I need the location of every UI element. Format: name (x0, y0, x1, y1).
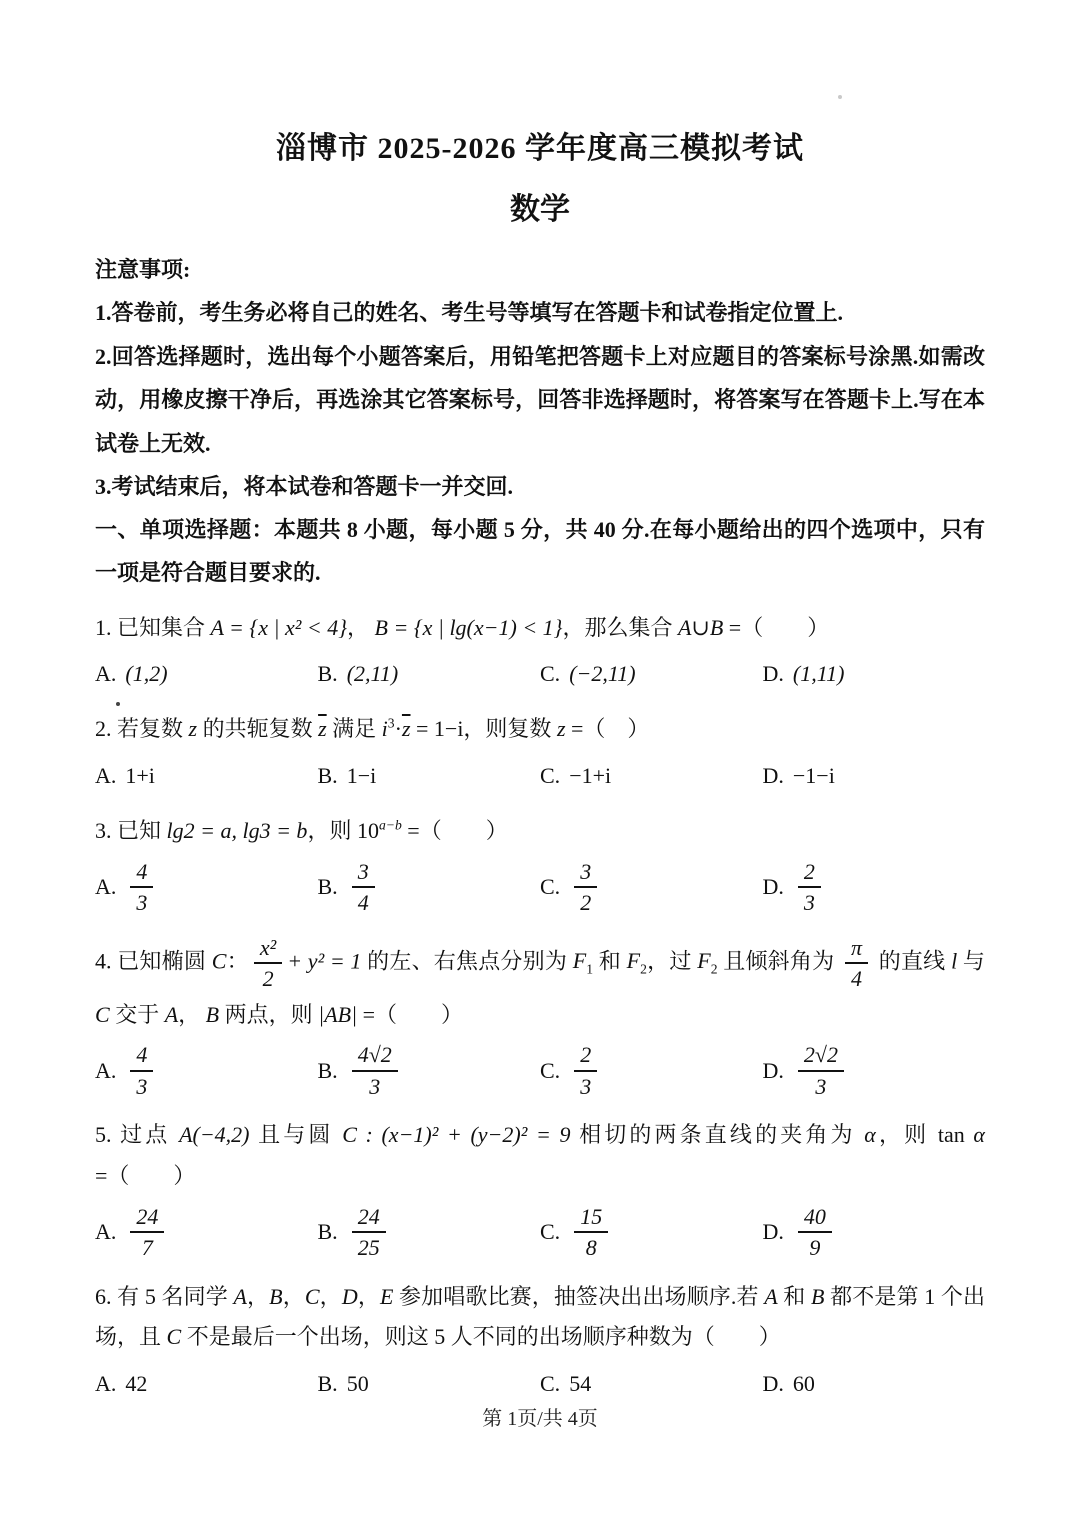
math-text: z (189, 716, 198, 741)
option-value: 247 (125, 1201, 169, 1264)
option-value: 32 (569, 856, 602, 919)
text-run: 不是最后一个出场，则这 5 人不同的出场顺序种数为（ ） (181, 1324, 781, 1349)
question-6: 6. 有 5 名同学 A，B，C，D，E 参加唱歌比赛，抽签决出出场顺序.若 A… (95, 1277, 985, 1406)
math-fraction: x²2 (254, 934, 282, 993)
math-sub: F1 (573, 948, 593, 973)
question-4: 4. 已知椭圆 C：x²2+ y² = 1 的左、右焦点分别为 F1 和 F2，… (95, 932, 985, 1103)
text-run: ， (178, 1002, 206, 1027)
option-value: −1−i (793, 763, 835, 789)
text-run: 和 (778, 1284, 811, 1309)
option-label: A. (95, 1371, 116, 1397)
option-label: B. (318, 874, 338, 900)
fraction-denominator: 3 (574, 1072, 597, 1101)
math-text: C (212, 948, 227, 973)
question-4-option-d: D. 2√23 (763, 1039, 986, 1102)
question-3-option-a: A. 43 (95, 856, 318, 919)
text-run: 50 (347, 1371, 369, 1396)
question-6-stem: 6. 有 5 名同学 A，B，C，D，E 参加唱歌比赛，抽签决出出场顺序.若 A… (95, 1277, 985, 1358)
math-fraction: 2√23 (798, 1041, 844, 1100)
text-run: 42 (125, 1371, 147, 1396)
math-text: C (305, 1284, 320, 1309)
text-run: =（ ） (95, 1163, 195, 1188)
question-5-stem: 5. 过点 A(−4,2) 且与圆 C : (x−1)² + (y−2)² = … (95, 1115, 985, 1196)
question-1-option-d: D. (1,11) (763, 661, 986, 687)
option-label: D. (763, 1219, 784, 1245)
option-label: A. (95, 1058, 116, 1084)
text-run: −1−i (793, 763, 835, 788)
question-1-options: A. (1,2) B. (2,11) C. (−2,11) D. (1,11) (95, 652, 985, 696)
text-run: ，那么集合 (562, 615, 678, 640)
option-value: 34 (347, 856, 380, 919)
option-value: 2425 (347, 1201, 391, 1264)
fraction-denominator: 3 (809, 1072, 832, 1101)
fraction-denominator: 2 (574, 888, 597, 917)
question-1-option-a: A. (1,2) (95, 661, 318, 687)
question-5-option-d: D. 409 (763, 1201, 986, 1264)
question-4-stem: 4. 已知椭圆 C：x²2+ y² = 1 的左、右焦点分别为 F1 和 F2，… (95, 932, 985, 1036)
option-value: 23 (569, 1039, 602, 1102)
option-label: A. (95, 1219, 116, 1245)
math-fraction: 23 (798, 858, 821, 917)
fraction-denominator: 3 (130, 1072, 153, 1101)
fraction-numerator: 3 (352, 858, 375, 889)
option-value: 42 (125, 1371, 147, 1397)
text-run: 且与圆 (250, 1122, 343, 1147)
fraction-denominator: 25 (352, 1233, 386, 1262)
text-run: −1+i (569, 763, 611, 788)
question-2-option-d: D. −1−i (763, 763, 986, 789)
option-value: −1+i (569, 763, 611, 789)
text-run: 两点，则 (219, 1002, 318, 1027)
option-value: 4√23 (347, 1039, 403, 1102)
text-run: ， (283, 1284, 305, 1309)
text-run: 1+i (125, 763, 155, 788)
question-1: 1. 已知集合 A = {x | x² < 4}， B = {x | lg(x−… (95, 608, 985, 697)
option-label: A. (95, 874, 116, 900)
math-text: A∪B (678, 615, 723, 640)
question-3-option-c: C. 32 (540, 856, 763, 919)
text-run: ， (247, 1284, 269, 1309)
option-label: B. (318, 1371, 338, 1397)
fraction-numerator: 15 (574, 1203, 608, 1234)
text-run: 3. 已知 (95, 818, 167, 843)
question-6-option-d: D. 60 (763, 1371, 986, 1397)
exam-page: 淄博市 2025-2026 学年度高三模拟考试 数学 注意事项: 1.答卷前，考… (0, 0, 1080, 1527)
math-text: B (206, 1002, 219, 1027)
math-fraction: 23 (574, 1041, 597, 1100)
option-value: 43 (125, 856, 158, 919)
math-text: + y² = 1 (287, 948, 361, 973)
text-run: =（ ） (723, 615, 829, 640)
math-fraction: 247 (130, 1203, 164, 1262)
text-run: · (395, 716, 402, 741)
text-run: =（ ） (357, 1002, 463, 1027)
question-5-option-c: C. 158 (540, 1201, 763, 1264)
math-text: (−2,11) (569, 661, 635, 686)
option-value: 1+i (125, 763, 155, 789)
question-6-options: A. 42 B. 50 C. 54 D. 60 (95, 1362, 985, 1406)
fraction-denominator: 3 (798, 888, 821, 917)
option-label: B. (318, 661, 338, 687)
text-run: 与 (957, 948, 985, 973)
text-run: =（ ） (566, 716, 650, 741)
question-3: 3. 已知 lg2 = a, lg3 = b，则 10a−b =（ ） A. 4… (95, 811, 985, 919)
math-fraction: 34 (352, 858, 375, 917)
math-text: A (764, 1284, 777, 1309)
math-text: B = {x | lg(x−1) < 1} (375, 615, 563, 640)
option-value: 1−i (347, 763, 377, 789)
text-run: ， (358, 1284, 380, 1309)
math-sub: F2 (697, 948, 717, 973)
option-value: 43 (125, 1039, 158, 1102)
text-run: ，则 (307, 818, 357, 843)
math-text: C (95, 1002, 110, 1027)
question-3-options: A. 43 B. 34 C. 32 D. 23 (95, 856, 985, 919)
text-run: 相切的两条直线的夹角为 (570, 1122, 864, 1147)
exam-subject: 数学 (95, 184, 985, 228)
option-label: B. (318, 763, 338, 789)
option-value: 158 (569, 1201, 613, 1264)
question-6-option-b: B. 50 (318, 1371, 541, 1397)
math-text: A(−4,2) (179, 1122, 249, 1147)
question-1-option-c: C. (−2,11) (540, 661, 763, 687)
math-fraction: 158 (574, 1203, 608, 1262)
question-2-option-b: B. 1−i (318, 763, 541, 789)
fraction-numerator: 24 (352, 1203, 386, 1234)
math-text: B (811, 1284, 824, 1309)
option-label: D. (763, 1371, 784, 1397)
math-overbar: z (318, 716, 327, 741)
notices-section: 注意事项: 1.答卷前，考生务必将自己的姓名、考生号等填写在答题卡和试卷指定位置… (95, 248, 985, 509)
math-text: |AB| (318, 1002, 357, 1027)
math-fraction: 43 (130, 858, 153, 917)
notice-item-3: 3.考试结束后，将本试卷和答题卡一并交回. (95, 465, 985, 509)
scan-artifact-dot (116, 702, 120, 706)
fraction-numerator: π (845, 934, 868, 965)
option-label: D. (763, 661, 784, 687)
question-2-option-a: A. 1+i (95, 763, 318, 789)
question-3-stem: 3. 已知 lg2 = a, lg3 = b，则 10a−b =（ ） (95, 811, 985, 852)
text-run: 2. 若复数 (95, 716, 189, 741)
question-3-option-d: D. 23 (763, 856, 986, 919)
fraction-denominator: 8 (580, 1233, 603, 1262)
question-6-option-a: A. 42 (95, 1371, 318, 1397)
math-text: z (557, 716, 566, 741)
option-value: (−2,11) (569, 661, 635, 687)
fraction-numerator: 4 (130, 858, 153, 889)
option-value: 2√23 (793, 1039, 849, 1102)
text-run: 满足 (327, 716, 382, 741)
question-1-stem: 1. 已知集合 A = {x | x² < 4}， B = {x | lg(x−… (95, 608, 985, 649)
math-text: A = {x | x² < 4} (211, 615, 348, 640)
text-run: 60 (793, 1371, 815, 1396)
option-value: 50 (347, 1371, 369, 1397)
option-value: 54 (569, 1371, 591, 1397)
math-sup: i3 (382, 716, 395, 741)
math-text: D (342, 1284, 358, 1309)
text-run: =（ ） (402, 818, 508, 843)
text-run: = 1−i，则复数 (411, 716, 557, 741)
math-text: B (269, 1284, 282, 1309)
text-run: 的直线 (873, 948, 951, 973)
exam-title: 淄博市 2025-2026 学年度高三模拟考试 (95, 130, 985, 168)
option-value: (1,11) (793, 661, 845, 687)
fraction-denominator: 3 (130, 888, 153, 917)
math-sup: 10a−b (357, 818, 402, 843)
text-run: 交于 (110, 1002, 165, 1027)
fraction-numerator: x² (254, 934, 282, 965)
question-5: 5. 过点 A(−4,2) 且与圆 C : (x−1)² + (y−2)² = … (95, 1115, 985, 1263)
math-text: C (167, 1324, 182, 1349)
fraction-denominator: 4 (845, 964, 868, 993)
text-run: 5. 过点 (95, 1122, 179, 1147)
option-label: C. (540, 1219, 560, 1245)
option-label: C. (540, 763, 560, 789)
text-run: ： (226, 948, 248, 973)
text-run: ，过 (647, 948, 697, 973)
option-value: (2,11) (347, 661, 399, 687)
notices-heading: 注意事项: (95, 248, 985, 292)
page-footer: 第 1页/共 4页 (0, 1402, 1080, 1431)
question-5-option-a: A. 247 (95, 1201, 318, 1264)
math-fraction: 4√23 (352, 1041, 398, 1100)
text-run: 参加唱歌比赛，抽签决出出场顺序.若 (393, 1284, 764, 1309)
notice-item-2: 2.回答选择题时，选出每个小题答案后，用铅笔把答题卡上对应题目的答案标号涂黑.如… (95, 335, 985, 466)
question-3-option-b: B. 34 (318, 856, 541, 919)
question-2: 2. 若复数 z 的共轭复数 z 满足 i3·z = 1−i，则复数 z =（ … (95, 709, 985, 798)
text-run: ， (320, 1284, 342, 1309)
question-2-option-c: C. −1+i (540, 763, 763, 789)
question-list: 1. 已知集合 A = {x | x² < 4}， B = {x | lg(x−… (95, 608, 985, 1407)
fraction-denominator: 7 (136, 1233, 159, 1262)
question-4-option-a: A. 43 (95, 1039, 318, 1102)
text-run: 的共轭复数 (197, 716, 318, 741)
math-text: (1,2) (125, 661, 167, 686)
math-text: A (233, 1284, 246, 1309)
fraction-denominator: 4 (352, 888, 375, 917)
option-value: (1,2) (125, 661, 167, 687)
option-label: C. (540, 874, 560, 900)
text-run: ， (347, 615, 375, 640)
option-label: A. (95, 763, 116, 789)
math-text: E (380, 1284, 393, 1309)
question-4-options: A. 43 B. 4√23 C. 23 D. 2√23 (95, 1039, 985, 1102)
fraction-numerator: 4 (130, 1041, 153, 1072)
text-run: 4. 已知椭圆 (95, 948, 212, 973)
text-run: 和 (593, 948, 627, 973)
math-text: C : (x−1)² + (y−2)² = 9 (342, 1122, 570, 1147)
math-overbar: z (402, 716, 411, 741)
option-label: C. (540, 1371, 560, 1397)
math-sub: F2 (627, 948, 647, 973)
section-1-heading: 一、单项选择题：本题共 8 小题，每小题 5 分，共 40 分.在每小题给出的四… (95, 509, 985, 595)
question-4-option-c: C. 23 (540, 1039, 763, 1102)
option-label: B. (318, 1058, 338, 1084)
math-text: A (165, 1002, 178, 1027)
math-fraction: 32 (574, 858, 597, 917)
question-5-option-b: B. 2425 (318, 1201, 541, 1264)
question-6-option-c: C. 54 (540, 1371, 763, 1397)
option-label: A. (95, 661, 116, 687)
fraction-denominator: 3 (363, 1072, 386, 1101)
fraction-denominator: 9 (803, 1233, 826, 1262)
option-value: 409 (793, 1201, 837, 1264)
fraction-numerator: 4√2 (352, 1041, 398, 1072)
notice-item-1: 1.答卷前，考生务必将自己的姓名、考生号等填写在答题卡和试卷指定位置上. (95, 291, 985, 335)
question-5-options: A. 247 B. 2425 C. 158 D. 409 (95, 1201, 985, 1264)
text-run: 1−i (347, 763, 377, 788)
option-label: C. (540, 1058, 560, 1084)
option-label: C. (540, 661, 560, 687)
fraction-numerator: 2 (574, 1041, 597, 1072)
option-label: D. (763, 1058, 784, 1084)
text-run: 且倾斜角为 (718, 948, 840, 973)
math-text: lg2 = a, lg3 = b (167, 818, 308, 843)
math-text: α (864, 1122, 876, 1147)
text-run: 1. 已知集合 (95, 615, 211, 640)
question-2-stem: 2. 若复数 z 的共轭复数 z 满足 i3·z = 1−i，则复数 z =（ … (95, 709, 985, 750)
math-fraction: 43 (130, 1041, 153, 1100)
question-2-options: A. 1+i B. 1−i C. −1+i D. −1−i (95, 754, 985, 798)
question-4-option-b: B. 4√23 (318, 1039, 541, 1102)
text-run: ，则 tan (876, 1122, 974, 1147)
scan-artifact-dot (838, 95, 842, 99)
math-text: (2,11) (347, 661, 399, 686)
fraction-numerator: 40 (798, 1203, 832, 1234)
option-value: 60 (793, 1371, 815, 1397)
option-label: B. (318, 1219, 338, 1245)
fraction-numerator: 3 (574, 858, 597, 889)
question-1-option-b: B. (2,11) (318, 661, 541, 687)
fraction-numerator: 2 (798, 858, 821, 889)
math-fraction: 2425 (352, 1203, 386, 1262)
fraction-numerator: 24 (130, 1203, 164, 1234)
fraction-numerator: 2√2 (798, 1041, 844, 1072)
math-fraction: 409 (798, 1203, 832, 1262)
option-label: D. (763, 763, 784, 789)
text-run: 54 (569, 1371, 591, 1396)
math-text: α (973, 1122, 985, 1147)
math-fraction: π4 (845, 934, 868, 993)
option-value: 23 (793, 856, 826, 919)
text-run: 6. 有 5 名同学 (95, 1284, 233, 1309)
option-label: D. (763, 874, 784, 900)
math-text: (1,11) (793, 661, 845, 686)
fraction-denominator: 2 (257, 964, 280, 993)
text-run: 的左、右焦点分别为 (361, 948, 572, 973)
